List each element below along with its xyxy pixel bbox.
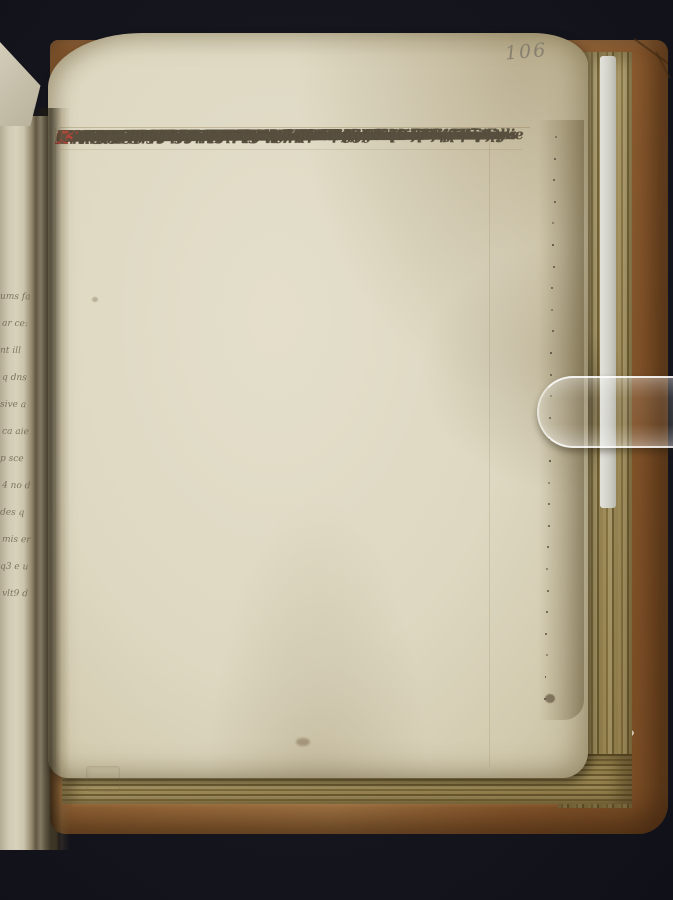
stain (296, 738, 310, 746)
plastic-page-weight (537, 376, 673, 448)
facing-page-text-fragment: p sce (0, 454, 30, 465)
stain (545, 694, 555, 703)
facing-page-text-fragment: nt ill (0, 346, 30, 357)
facing-page-text-fragment: sive a (0, 400, 30, 411)
facing-page-text-fragment: ar ce: (2, 319, 32, 330)
facing-page-text-fragment: ca aie (2, 427, 32, 438)
ink-text: h3 vt credit'. (57, 127, 151, 149)
facing-page-text-fragment: ums fa9 (0, 292, 30, 303)
facing-page-text-fragment: q dns (2, 373, 32, 384)
facing-page-text-fragment: mis er (2, 535, 32, 546)
facing-page-text-fragment: 4 no d (2, 481, 32, 492)
facing-page-text-fragment: des q (0, 508, 30, 519)
blind-stamp (86, 766, 120, 792)
gutter-shadow (32, 108, 70, 850)
photo-background: ums fa9ar ce:nt illq dnssive aca aiep sc… (0, 0, 673, 900)
facing-page-text-fragment: vlt9 d (2, 589, 32, 600)
ruling-line-vertical (489, 127, 490, 767)
ruling-line-horizontal (60, 149, 522, 150)
facing-page-text-fragment: q3 e u (0, 562, 30, 573)
stain (92, 297, 98, 302)
